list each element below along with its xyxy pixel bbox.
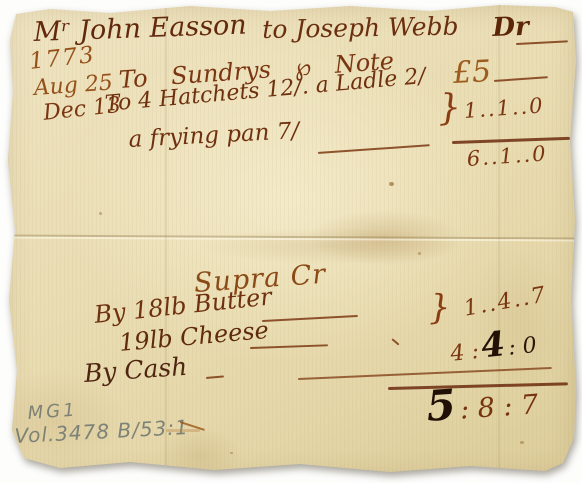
ink-dash — [318, 144, 430, 154]
ink-rule — [452, 137, 570, 144]
entry-description: To 4 Hatchets 12/. a Ladle 2/ — [104, 64, 427, 117]
entry-description: By Cash — [83, 352, 188, 388]
fold-crease-horizontal — [0, 234, 582, 239]
ink-dash — [298, 367, 552, 380]
ink-speck — [389, 182, 394, 186]
year-label: 1773 — [28, 42, 97, 75]
dr-label: Dr — [492, 12, 529, 43]
fold-crease-highlight — [0, 236, 582, 241]
ink-speck-red — [0, 93, 6, 99]
entry-description: 19lb Cheese — [118, 316, 270, 357]
subtotal-amount: 6..1..0 — [466, 141, 548, 171]
paper: Mʳ John Easson to Joseph Webb Dr 1773 Au… — [0, 0, 582, 483]
entry-date: Aug 25 — [33, 70, 114, 100]
ink-dash — [206, 375, 224, 379]
entry-date: Dec 13 — [42, 93, 122, 126]
entry-amount: £5 — [452, 54, 492, 91]
ink-smudge — [180, 421, 205, 431]
paper-shadow: Mʳ John Easson to Joseph Webb Dr 1773 Au… — [0, 0, 582, 483]
ink-dash — [516, 40, 568, 45]
fold-crease-vertical-right — [498, 0, 500, 483]
entry-description: a frying pan 7/ — [128, 118, 300, 153]
entry-description: To Sundrys ℘ Note — [118, 47, 395, 94]
total-amount: 5: 8 : 7 — [425, 378, 539, 428]
debtor-name: Mʳ John Easson — [33, 10, 247, 48]
ink-speck — [418, 252, 421, 255]
ink-speck — [520, 441, 524, 444]
amount-part: 4 : — [449, 339, 480, 367]
ink-dash — [494, 76, 548, 82]
total-shillings-pence: : 8 : 7 — [459, 389, 539, 425]
entry-amount: 1..4..7 — [462, 282, 549, 321]
ink-speck — [99, 212, 102, 215]
ink-rule — [388, 382, 568, 390]
entry-amount: 4 :4: 0 — [448, 321, 538, 370]
fold-crease-vertical-left — [165, 0, 167, 483]
archive-code-line1: MG1 — [27, 400, 78, 424]
ink-speck — [230, 452, 233, 454]
ink-dash — [250, 344, 328, 349]
amount-part: : 0 — [507, 333, 538, 361]
amount-brace: } — [437, 87, 462, 129]
total-pounds: 5 — [425, 380, 458, 431]
entry-amount: 1..1..0 — [463, 93, 545, 123]
ink-smudge-trail — [166, 429, 200, 432]
amount-part-bold: 4 — [479, 324, 507, 366]
entry-description: By 18lb Butter — [93, 282, 273, 328]
archive-code-line2: Vol.3478 B/53:1 — [14, 415, 189, 448]
credit-heading: Supra Cr — [193, 259, 327, 299]
amount-brace: } — [428, 287, 451, 328]
creditor-name: to Joseph Webb — [262, 12, 459, 44]
ink-tick — [391, 338, 399, 345]
ink-dash — [262, 315, 358, 322]
scanned-receipt: Mʳ John Easson to Joseph Webb Dr 1773 Au… — [0, 0, 582, 483]
